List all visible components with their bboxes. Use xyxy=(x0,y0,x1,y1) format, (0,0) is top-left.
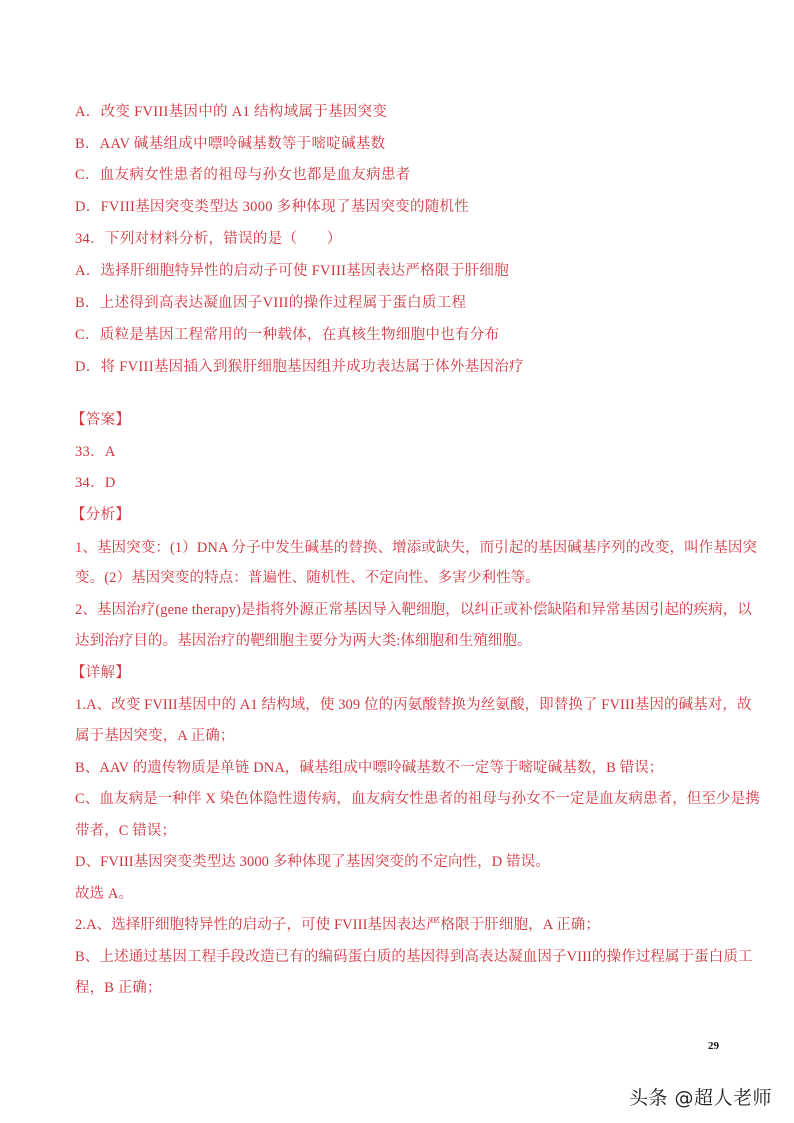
answer-heading: 【答案】 xyxy=(71,411,130,429)
detail-line-8: 2.A、选择肝细胞特异性的启动子，可使 FVIII基因表达严格限于肝细胞，A 正… xyxy=(75,916,600,934)
detail-line-3: B、AAV 的遗传物质是单链 DNA，碱基组成中嘌呤碱基数不一定等于嘧啶碱基数，… xyxy=(75,759,663,777)
detail-line-5: 带者，C 错误； xyxy=(75,822,176,840)
analysis-line-2: 变。(2）基因突变的特点：普遍性、随机性、不定向性、多害少利性等。 xyxy=(75,569,540,587)
detail-line-9: B、上述通过基因工程手段改造已有的编码蛋白质的基因得到高表达凝血因子VIII的操… xyxy=(75,948,753,966)
detail-line-1: 1.A、改变 FVIII基因中的 A1 结构域，使 309 位的丙氨酸替换为丝氨… xyxy=(75,696,752,714)
detail-line-2: 属于基因突变，A 正确； xyxy=(75,727,235,745)
detail-heading: 【详解】 xyxy=(71,664,130,682)
analysis-line-3: 2、基因治疗(gene therapy)是指将外源正常基因导入靶细胞，以纠正或补… xyxy=(75,601,752,619)
answer-33: 33．A xyxy=(75,443,116,461)
detail-line-6: D、FVIII基因突变类型达 3000 多种体现了基因突变的不定向性，D 错误。 xyxy=(75,853,550,871)
q34-option-a: A．选择肝细胞特异性的启动子可使 FVIII基因表达严格限于肝细胞 xyxy=(75,262,509,280)
analysis-heading: 【分析】 xyxy=(71,506,130,524)
q33-option-c: C．血友病女性患者的祖母与孙女也都是血友病患者 xyxy=(75,166,411,184)
answer-34: 34．D xyxy=(75,474,116,492)
q34-option-b: B．上述得到高表达凝血因子VIII的操作过程属于蛋白质工程 xyxy=(75,294,466,312)
q34-stem: 34．下列对材料分析，错误的是（ ） xyxy=(75,230,342,248)
detail-line-7: 故选 A。 xyxy=(75,885,133,903)
q33-option-d: D．FVIII基因突变类型达 3000 多种体现了基因突变的随机性 xyxy=(75,198,469,216)
detail-line-4: C、血友病是一种伴 X 染色体隐性遗传病，血友病女性患者的祖母与孙女不一定是血友… xyxy=(75,790,760,808)
q33-option-b: B．AAV 碱基组成中嘌呤碱基数等于嘧啶碱基数 xyxy=(75,135,385,153)
watermark: 头条 @超人老师 xyxy=(629,1083,772,1110)
analysis-line-1: 1、基因突变：(1）DNA 分子中发生碱基的替换、增添或缺失，而引起的基因碱基序… xyxy=(75,539,757,557)
q34-option-d: D．将 FVIII基因插入到猴肝细胞基因组并成功表达属于体外基因治疗 xyxy=(75,358,524,376)
detail-line-10: 程，B 正确； xyxy=(75,979,162,997)
q34-option-c: C．质粒是基因工程常用的一种载体，在真核生物细胞中也有分布 xyxy=(75,326,499,344)
q33-option-a: A．改变 FVIII基因中的 A1 结构域属于基因突变 xyxy=(75,103,387,121)
page-number: 29 xyxy=(708,1040,719,1052)
analysis-line-4: 达到治疗目的。基因治疗的靶细胞主要分为两大类:体细胞和生殖细胞。 xyxy=(75,632,532,650)
